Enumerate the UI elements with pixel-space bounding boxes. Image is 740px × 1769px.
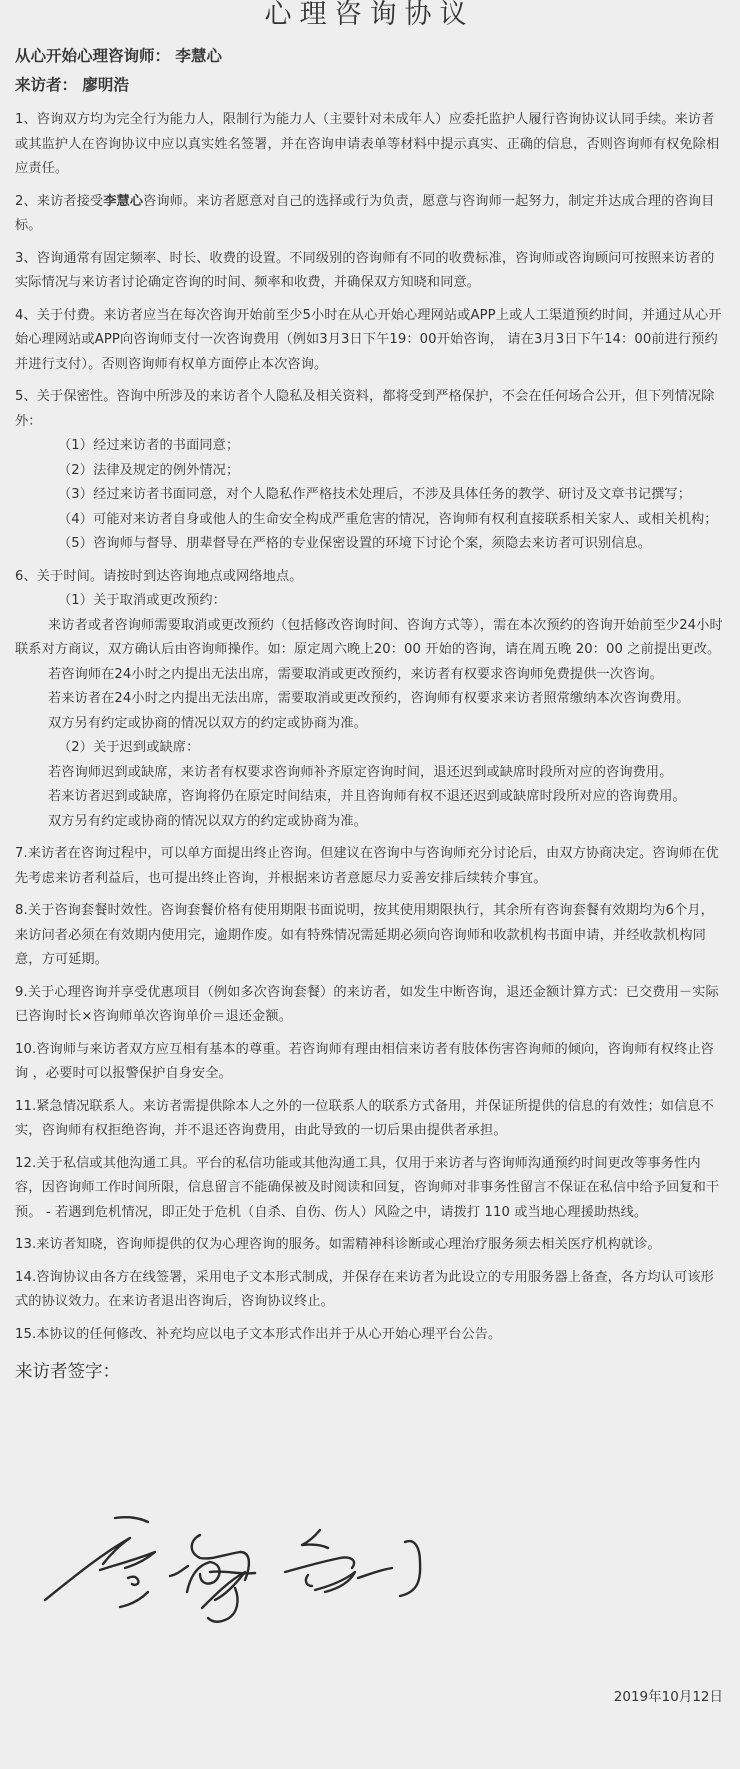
client-name: 廖明浩 (82, 76, 129, 94)
agreement-document: 心理咨询协议 从心开始心理咨询师： 李慧心 来访者： 廖明浩 1、咨询双方均为完… (0, 0, 740, 1387)
clause-text: 11.紧急情况联系人。来访者需提供除本人之外的一位联系人的联系方式备用，并保证所… (15, 1095, 724, 1144)
clause-15: 15.本协议的任何修改、补充均应以电子文本形式作出并于从心开始心理平台公告。 (15, 1323, 724, 1348)
clause-list: 1、咨询双方均为完全行为能力人，限制行为能力人（主要针对未成年人）应委托监护人履… (15, 108, 724, 1347)
clause-12: 12.关于私信或其他沟通工具。平台的私信功能或其他沟通工具，仅用于来访者与咨询师… (15, 1152, 724, 1226)
counselor-label: 从心开始心理咨询师： (15, 47, 170, 65)
client-line: 来访者： 廖明浩 (15, 70, 724, 99)
clause-paragraph: 来访者或者咨询师需要取消或更改预约（包括修改咨询时间、咨询方式等），需在本次预约… (15, 614, 724, 663)
clause-text: 5、关于保密性。咨询中所涉及的来访者个人隐私及相关资料，都将受到严格保护，不会在… (15, 385, 724, 434)
clause-10: 10.咨询师与来访者双方应互相有基本的尊重。若咨询师有理由相信来访者有肢体伤害咨… (15, 1038, 724, 1087)
client-label: 来访者： (15, 76, 77, 94)
clause-subheading: （1）关于取消或更改预约： (15, 589, 724, 614)
signature-image (40, 1500, 440, 1630)
clause-6: 6、关于时间。请按时到达咨询地点或网络地点。 （1）关于取消或更改预约： 来访者… (15, 565, 724, 835)
clause-9: 9.关于心理咨询并享受优惠项目（例如多次咨询套餐）的来访者，如发生中断咨询，退还… (15, 981, 724, 1030)
clause-text: 10.咨询师与来访者双方应互相有基本的尊重。若咨询师有理由相信来访者有肢体伤害咨… (15, 1038, 724, 1087)
clause-2: 2、来访者接受李慧心咨询师。来访者愿意对自己的选择或行为负责，愿意与咨询师一起努… (15, 190, 724, 239)
clause-text: 7.来访者在咨询过程中，可以单方面提出终止咨询。但建议在咨询中与咨询师充分讨论后… (15, 842, 724, 891)
clause-1: 1、咨询双方均为完全行为能力人，限制行为能力人（主要针对未成年人）应委托监护人履… (15, 108, 724, 182)
clause-text: 1、咨询双方均为完全行为能力人，限制行为能力人（主要针对未成年人）应委托监护人履… (15, 108, 724, 182)
clause-subheading: （2）关于迟到或缺席： (15, 736, 724, 761)
clause-text: 14.咨询协议由各方在线签署，采用电子文本形式制成，并保存在来访者为此设立的专用… (15, 1266, 724, 1315)
clause-text: 12.关于私信或其他沟通工具。平台的私信功能或其他沟通工具，仅用于来访者与咨询师… (15, 1152, 724, 1226)
clause-13: 13.来访者知晓，咨询师提供的仅为心理咨询的服务。如需精神科诊断或心理治疗服务须… (15, 1233, 724, 1258)
counselor-line: 从心开始心理咨询师： 李慧心 (15, 41, 724, 70)
clause-paragraph: 若咨询师迟到或缺席，来访者有权要求咨询师补齐原定咨询时间，退还迟到或缺席时段所对… (15, 761, 724, 786)
clause-subitem: （4）可能对来访者自身或他人的生命安全构成严重危害的情况，咨询师有权利直接联系相… (15, 508, 724, 533)
clause-paragraph: 若来访者迟到或缺席，咨询将仍在原定时间结束，并且咨询师有权不退还迟到或缺席时段所… (15, 785, 724, 810)
clause-text: 6、关于时间。请按时到达咨询地点或网络地点。 (15, 565, 724, 590)
signature-label: 来访者签字： (15, 1357, 724, 1387)
clause-subitem: （3）经过来访者书面同意，对个人隐私作严格技术处理后，不涉及具体任务的教学、研讨… (15, 483, 724, 508)
clause-subitem: （5）咨询师与督导、朋辈督导在严格的专业保密设置的环境下讨论个案，须隐去来访者可… (15, 532, 724, 557)
counselor-name: 李慧心 (175, 47, 222, 65)
clause-subitem: （2）法律及规定的例外情况； (15, 459, 724, 484)
clause-7: 7.来访者在咨询过程中，可以单方面提出终止咨询。但建议在咨询中与咨询师充分讨论后… (15, 842, 724, 891)
clause-paragraph: 若来访者在24小时之内提出无法出席，需要取消或更改预约，咨询师有权要求来访者照常… (15, 687, 724, 712)
clause-text: 15.本协议的任何修改、补充均应以电子文本形式作出并于从心开始心理平台公告。 (15, 1323, 724, 1348)
clause-paragraph: 双方另有约定或协商的情况以双方的约定或协商为准。 (15, 810, 724, 835)
clause-8: 8.关于咨询套餐时效性。咨询套餐价格有使用期限书面说明，按其使用期限执行，其余所… (15, 899, 724, 973)
signing-date: 2019年10月12日 (614, 1685, 723, 1705)
clause-text: 3、咨询通常有固定频率、时长、收费的设置。不同级别的咨询师有不同的收费标准，咨询… (15, 247, 724, 296)
clause-text: 2、来访者接受李慧心咨询师。来访者愿意对自己的选择或行为负责，愿意与咨询师一起努… (15, 190, 724, 239)
clause-5: 5、关于保密性。咨询中所涉及的来访者个人隐私及相关资料，都将受到严格保护，不会在… (15, 385, 724, 557)
clause-text: 9.关于心理咨询并享受优惠项目（例如多次咨询套餐）的来访者，如发生中断咨询，退还… (15, 981, 724, 1030)
clause-text: 13.来访者知晓，咨询师提供的仅为心理咨询的服务。如需精神科诊断或心理治疗服务须… (15, 1233, 724, 1258)
clause-paragraph: 双方另有约定或协商的情况以双方的约定或协商为准。 (15, 712, 724, 737)
clause-3: 3、咨询通常有固定频率、时长、收费的设置。不同级别的咨询师有不同的收费标准，咨询… (15, 247, 724, 296)
clause-paragraph: 若咨询师在24小时之内提出无法出席，需要取消或更改预约，来访者有权要求咨询师免费… (15, 663, 724, 688)
page-title: 心理咨询协议 (15, 0, 724, 34)
counselor-name-inline: 李慧心 (103, 194, 143, 209)
clause-text-part: 2、来访者接受 (15, 194, 103, 209)
clause-text: 4、关于付费。来访者应当在每次咨询开始前至少5小时在从心开始心理网站或APP上或… (15, 304, 724, 378)
clause-subitem: （1）经过来访者的书面同意； (15, 434, 724, 459)
clause-text: 8.关于咨询套餐时效性。咨询套餐价格有使用期限书面说明，按其使用期限执行，其余所… (15, 899, 724, 973)
clause-14: 14.咨询协议由各方在线签署，采用电子文本形式制成，并保存在来访者为此设立的专用… (15, 1266, 724, 1315)
clause-11: 11.紧急情况联系人。来访者需提供除本人之外的一位联系人的联系方式备用，并保证所… (15, 1095, 724, 1144)
clause-4: 4、关于付费。来访者应当在每次咨询开始前至少5小时在从心开始心理网站或APP上或… (15, 304, 724, 378)
